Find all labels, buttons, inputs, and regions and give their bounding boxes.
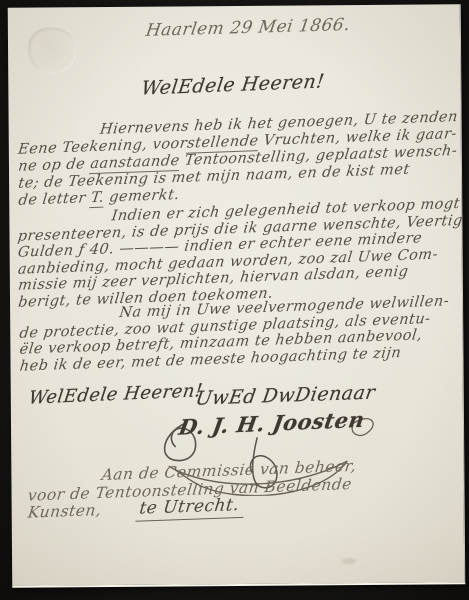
line-text: de letter xyxy=(18,190,92,209)
line-text: gemerkt. xyxy=(103,187,180,206)
salutation: WelEdele Heeren! xyxy=(140,70,326,99)
dateline: Haarlem 29 Mei 1866. xyxy=(144,15,351,41)
photo-of-letter: { "letter": { "dateline": "Haarlem 29 Me… xyxy=(0,0,469,600)
line-text: ne op de xyxy=(17,156,91,175)
blind-embossed-stamp xyxy=(28,27,76,73)
paper-smudge xyxy=(342,558,356,564)
address-line-text: Kunsten, xyxy=(27,501,103,522)
address-block: Aan de Commissie van beheer, voor de Ten… xyxy=(27,467,356,522)
letter-paper: Haarlem 29 Mei 1866. WelEdele Heeren! Hi… xyxy=(8,4,466,588)
underlined-city: te Utrecht. xyxy=(136,495,247,522)
address-gap xyxy=(101,514,137,515)
paragraph-3: Na mij in Uwe veelvermogende welwillen- … xyxy=(19,305,449,374)
paragraph-1: Hiernevens heb ik het genoegen, U te zen… xyxy=(18,121,459,209)
